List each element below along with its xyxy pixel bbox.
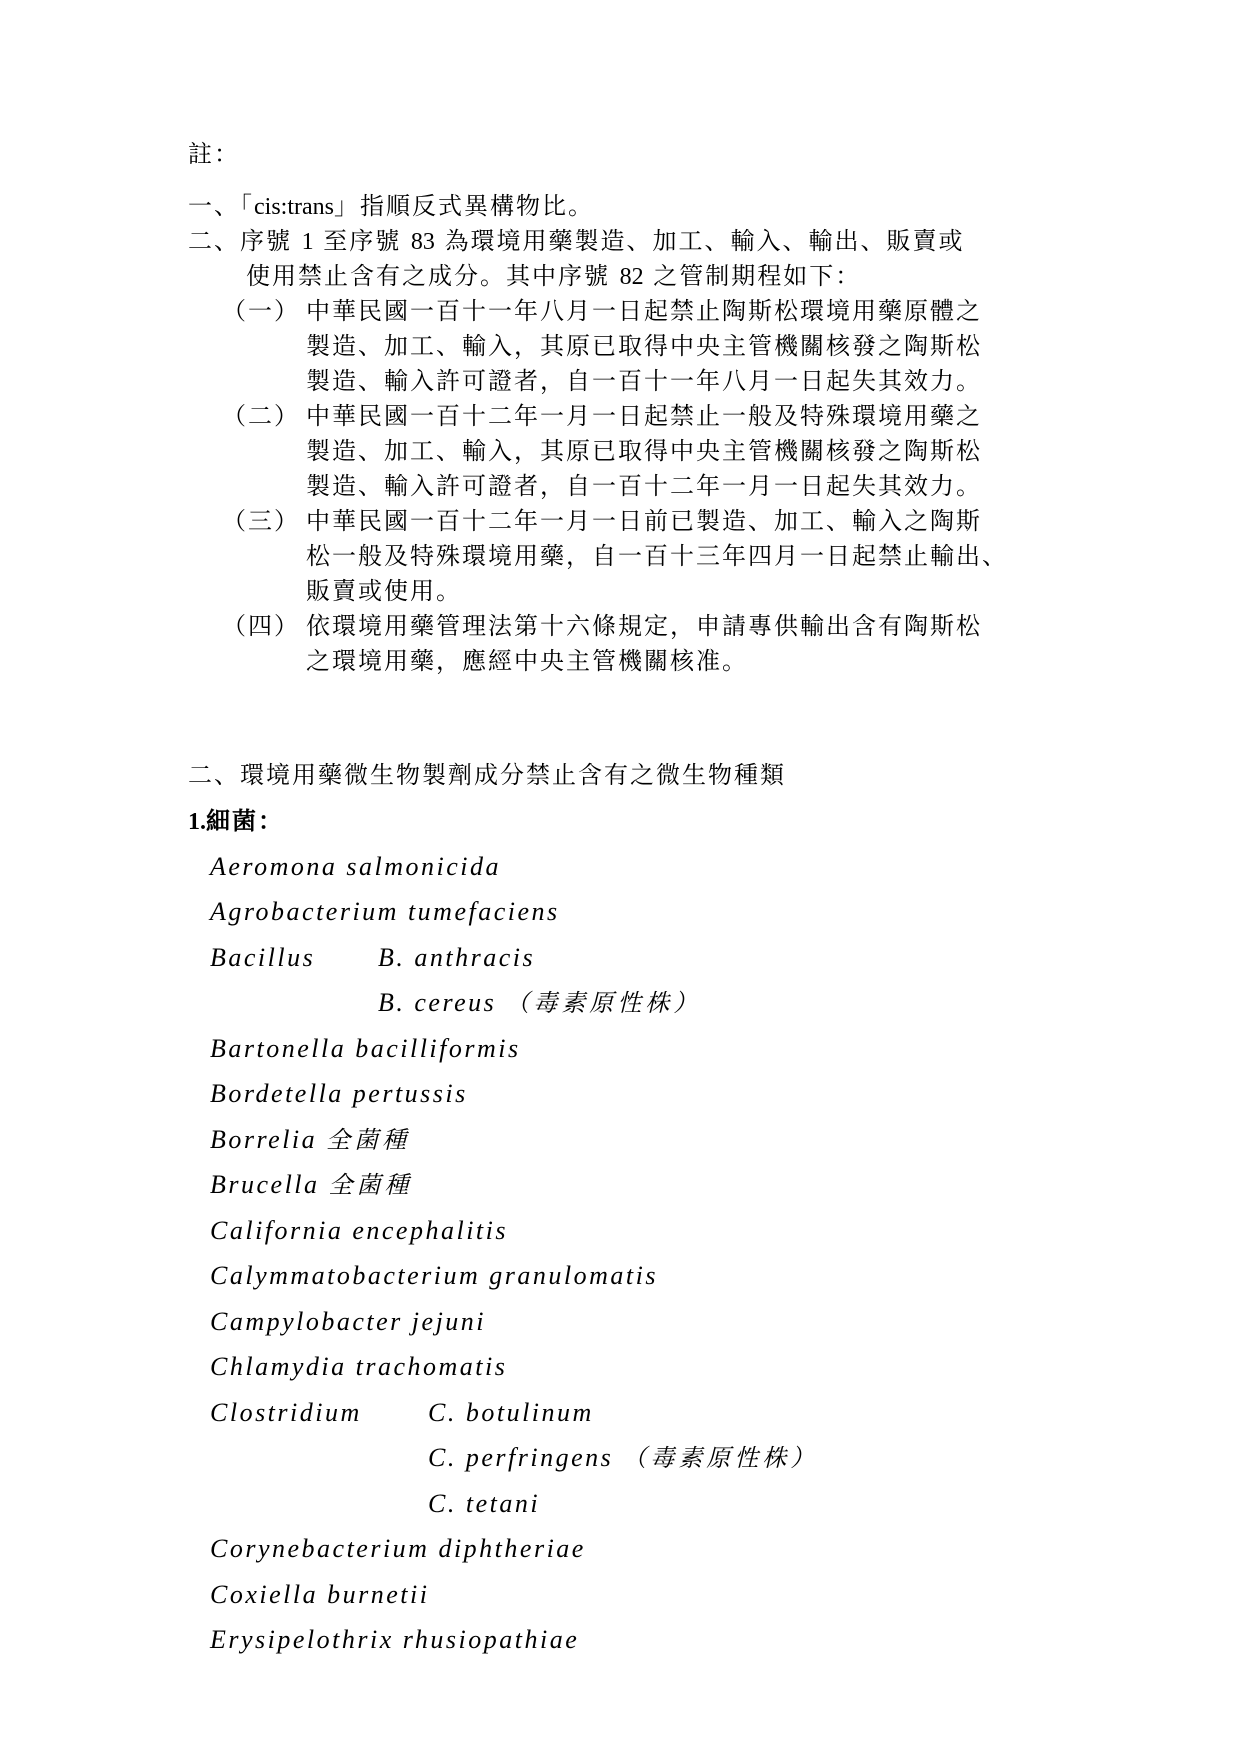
cis-trans-term: cis:trans: [254, 194, 334, 220]
note-item-2-line-2: 使用禁止含有之成分。其中序號 82 之管制期程如下：: [246, 261, 861, 292]
organism-list-item: Calymmatobacterium granulomatis: [210, 1261, 658, 1291]
sub-item-1-line-1: 中華民國一百十一年八月一日起禁止陶斯松環境用藥原體之: [306, 296, 982, 326]
note-item-2-line-1: 二、序號 1 至序號 83 為環境用藥製造、加工、輸入、輸出、販賣或: [188, 226, 965, 257]
sub-item-2-line-3: 製造、輸入許可證者，自一百十二年一月一日起失其效力。: [306, 471, 982, 501]
sub-item-4-line-1: 依環境用藥管理法第十六條規定，申請專供輸出含有陶斯松: [306, 611, 982, 641]
category-number: 1.: [188, 809, 206, 835]
organism-list-item: Bartonella bacilliformis: [210, 1034, 521, 1064]
organism-list-item: Aeromona salmonicida: [210, 852, 501, 882]
organism-list-item: Brucella 全菌種: [210, 1170, 413, 1200]
organism-list-item: Coxiella burnetii: [210, 1580, 429, 1610]
sub-item-2-line-2: 製造、加工、輸入，其原已取得中央主管機關核發之陶斯松: [306, 436, 982, 466]
organism-list-item: Erysipelothrix rhusiopathiae: [210, 1625, 579, 1655]
organism-species: B. anthracis: [378, 943, 535, 973]
category-label: 細菌：: [206, 806, 284, 835]
note-item-1: 一、「cis:trans」指順反式異構物比。: [188, 191, 594, 222]
organism-list-item: Agrobacterium tumefaciens: [210, 897, 560, 927]
sub-item-3-line-3: 販賣或使用。: [306, 576, 462, 606]
document-page: 註： 一、「cis:trans」指順反式異構物比。 二、序號 1 至序號 83 …: [0, 0, 1241, 1755]
sub-item-4-marker: （四）: [222, 611, 300, 641]
organism-species: C. perfringens （毒素原性株）: [428, 1443, 818, 1473]
organism-species: C. botulinum: [428, 1398, 594, 1428]
sub-item-1-line-2: 製造、加工、輸入，其原已取得中央主管機關核發之陶斯松: [306, 331, 982, 361]
notes-heading: 註：: [188, 139, 240, 169]
sub-item-2-line-1: 中華民國一百十二年一月一日起禁止一般及特殊環境用藥之: [306, 401, 982, 431]
organism-genus: Bacillus: [210, 943, 315, 973]
sub-item-3-marker: （三）: [222, 506, 300, 536]
organism-list-item: Corynebacterium diphtheriae: [210, 1534, 586, 1564]
organism-list-item: Campylobacter jejuni: [210, 1307, 486, 1337]
toxigenic-strain-note: （毒素原性株）: [505, 989, 701, 1017]
organism-list-item: Chlamydia trachomatis: [210, 1352, 507, 1382]
sub-item-3-line-1: 中華民國一百十二年一月一日前已製造、加工、輸入之陶斯: [306, 506, 982, 536]
organism-species: B. cereus （毒素原性株）: [378, 988, 701, 1018]
sub-item-3-line-2: 松一般及特殊環境用藥，自一百十三年四月一日起禁止輸出、: [306, 541, 1008, 571]
sub-item-4-line-2: 之環境用藥，應經中央主管機關核准。: [306, 646, 748, 676]
section-2-title: 二、環境用藥微生物製劑成分禁止含有之微生物種類: [188, 760, 786, 790]
organism-list-item: Bordetella pertussis: [210, 1079, 468, 1109]
organism-list-item: California encephalitis: [210, 1216, 508, 1246]
toxigenic-strain-note: （毒素原性株）: [622, 1444, 818, 1472]
organism-species: C. tetani: [428, 1489, 540, 1519]
sub-item-1-line-3: 製造、輸入許可證者，自一百十一年八月一日起失其效力。: [306, 366, 982, 396]
sub-item-1-marker: （一）: [222, 296, 300, 326]
category-heading-bacteria: 1.細菌：: [188, 806, 284, 837]
organism-list-item: Borrelia 全菌種: [210, 1125, 410, 1155]
organism-genus: Clostridium: [210, 1398, 362, 1428]
sub-item-2-marker: （二）: [222, 401, 300, 431]
